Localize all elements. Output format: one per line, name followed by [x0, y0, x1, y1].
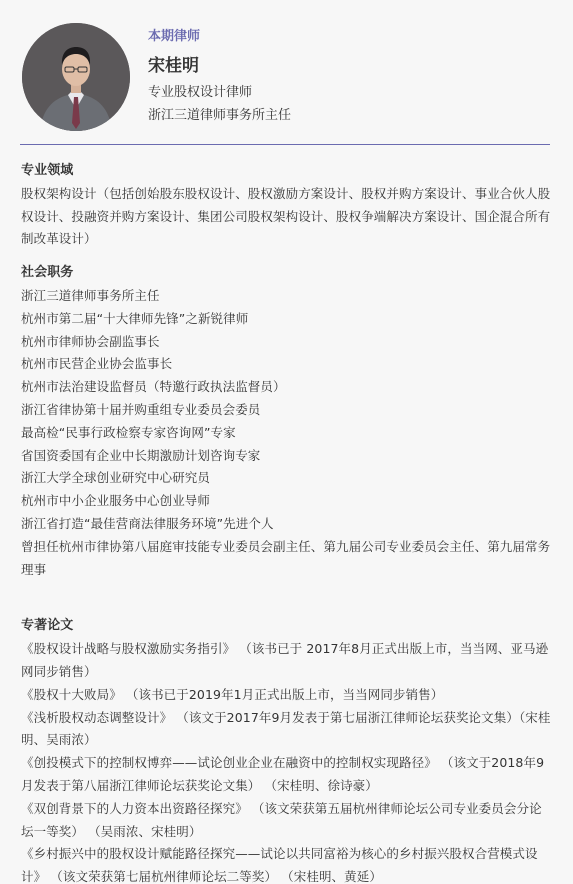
list-item: 杭州市民营企业协会监事长	[21, 353, 551, 376]
list-item: 浙江大学全球创业研究中心研究员	[21, 467, 551, 490]
lawyer-avatar	[22, 23, 130, 131]
expertise-text: 股权架构设计（包括创始股东股权设计、股权激励方案设计、股权并购方案设计、事业合伙…	[21, 183, 551, 251]
profile-header: 本期律师 宋桂明 专业股权设计律师 浙江三道律师事务所主任	[0, 0, 573, 146]
publication-item: 《创投模式下的控制权博弈——试论创业企业在融资中的控制权实现路径》 （该文于20…	[21, 752, 551, 798]
list-item: 浙江省律协第十届并购重组专业委员会委员	[21, 399, 551, 422]
list-item: 最高检“民事行政检察专家咨询网”专家	[21, 422, 551, 445]
lawyer-title: 专业股权设计律师	[148, 84, 291, 102]
lawyer-profile-page: 本期律师 宋桂明 专业股权设计律师 浙江三道律师事务所主任 专业领域 股权架构设…	[0, 0, 573, 884]
list-item: 省国资委国有企业中长期激励计划咨询专家	[21, 445, 551, 468]
section-publications: 专著论文 《股权设计战略与股权激励实务指引》 （该书已于 2017年8月正式出版…	[21, 615, 551, 884]
publication-item: 《双创背景下的人力资本出资路径探究》 （该文荣获第五届杭州律师论坛公司专业委员会…	[21, 798, 551, 844]
list-item: 曾担任杭州市律协第八届庭审技能专业委员会副主任、第九届公司专业委员会主任、第九届…	[21, 536, 551, 582]
list-item: 杭州市中小企业服务中心创业导师	[21, 490, 551, 513]
section-expertise: 专业领域 股权架构设计（包括创始股东股权设计、股权激励方案设计、股权并购方案设计…	[21, 160, 551, 251]
profile-content: 专业领域 股权架构设计（包括创始股东股权设计、股权激励方案设计、股权并购方案设计…	[21, 160, 551, 884]
list-item: 杭州市法治建设监督员（特邀行政执法监督员）	[21, 376, 551, 399]
section-title: 专业领域	[21, 160, 551, 183]
lawyer-name: 宋桂明	[148, 55, 291, 77]
list-item: 杭州市律师协会副监事长	[21, 331, 551, 354]
publication-item: 《股权设计战略与股权激励实务指引》 （该书已于 2017年8月正式出版上市，当当…	[21, 638, 551, 684]
section-title: 专著论文	[21, 615, 551, 638]
publication-item: 《股权十大败局》 （该书已于2019年1月正式出版上市，当当网同步销售）	[21, 684, 551, 707]
section-social-roles: 社会职务 浙江三道律师事务所主任 杭州市第二届“十大律师先锋”之新锐律师 杭州市…	[21, 262, 551, 581]
section-title: 社会职务	[21, 262, 551, 285]
portrait-icon	[22, 23, 130, 131]
header-divider	[20, 144, 550, 145]
lawyer-position: 浙江三道律师事务所主任	[148, 107, 291, 125]
list-item: 浙江三道律师事务所主任	[21, 285, 551, 308]
header-text: 本期律师 宋桂明 专业股权设计律师 浙江三道律师事务所主任	[148, 28, 291, 125]
list-item: 杭州市第二届“十大律师先锋”之新锐律师	[21, 308, 551, 331]
publication-item: 《浅析股权动态调整设计》 （该文于2017年9月发表于第七届浙江律师论坛获奖论文…	[21, 707, 551, 753]
list-item: 浙江省打造“最佳营商法律服务环境”先进个人	[21, 513, 551, 536]
period-label: 本期律师	[148, 28, 291, 46]
publication-item: 《乡村振兴中的股权设计赋能路径探究——试论以共同富裕为核心的乡村振兴股权合营模式…	[21, 843, 551, 884]
